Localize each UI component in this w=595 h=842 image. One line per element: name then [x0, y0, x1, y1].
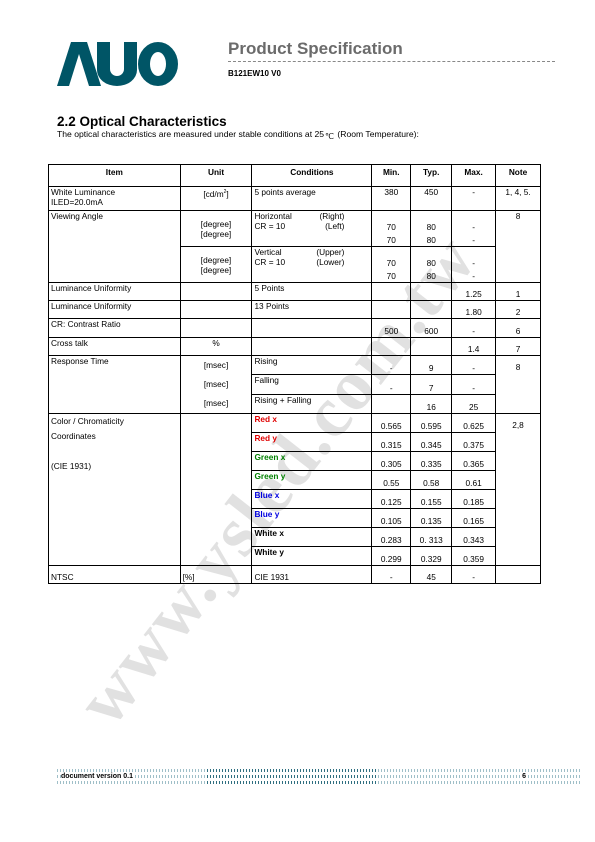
- conditions-cell: Blue y: [252, 509, 372, 528]
- max-cell: 1.4: [452, 338, 496, 356]
- header-item: Item: [49, 165, 181, 187]
- model-number: B121EW10 V0: [228, 69, 281, 78]
- item-cell: Color / ChromaticityCoordinates(CIE 1931…: [49, 414, 181, 566]
- max-cell: 0.185: [452, 490, 496, 509]
- typ-cell: 80: [411, 269, 452, 283]
- typ-cell: 600: [411, 319, 452, 338]
- table-row: NTSC [%] CIE 1931 - 45 -: [49, 566, 541, 584]
- min-cell: 70: [372, 247, 411, 269]
- chromaticity-rows: Color / ChromaticityCoordinates(CIE 1931…: [49, 414, 541, 566]
- min-cell: 0.283: [372, 528, 411, 547]
- auo-logo: [57, 42, 179, 86]
- unit-cell: [%]: [180, 566, 252, 584]
- conditions-cell: Green x: [252, 452, 372, 471]
- conditions-cell: [252, 338, 372, 356]
- max-cell: -: [452, 269, 496, 283]
- conditions-cell: Horizontal(Right) CR = 10(Left): [252, 211, 372, 247]
- max-cell: 0.61: [452, 471, 496, 490]
- unit-cell: %: [180, 338, 252, 356]
- max-cell: 0.375: [452, 433, 496, 452]
- typ-cell: 0. 313: [411, 528, 452, 547]
- section-title: 2.2 Optical Characteristics: [57, 114, 227, 129]
- conditions-cell: White y: [252, 547, 372, 566]
- unit-cell: [180, 283, 252, 301]
- document-version: document version 0.1: [61, 773, 135, 780]
- header-typ: Typ.: [411, 165, 452, 187]
- min-cell: -: [372, 375, 411, 394]
- min-cell: [372, 338, 411, 356]
- typ-cell: 0.595: [411, 414, 452, 433]
- conditions-cell: 5 Points: [252, 283, 372, 301]
- table-row: Viewing Angle [degree][degree] Horizonta…: [49, 211, 541, 233]
- item-cell: Luminance Uniformity: [49, 283, 181, 301]
- page-number: 6: [520, 773, 528, 780]
- typ-cell: [411, 283, 452, 301]
- table-row: White LuminanceILED=20.0mA [cd/m2] 5 poi…: [49, 187, 541, 211]
- note-cell: 8: [496, 356, 541, 414]
- min-cell: 0.305: [372, 452, 411, 471]
- conditions-cell: Blue x: [252, 490, 372, 509]
- typ-cell: 0.335: [411, 452, 452, 471]
- max-cell: 0.365: [452, 452, 496, 471]
- max-cell: 0.359: [452, 547, 496, 566]
- min-cell: 380: [372, 187, 411, 211]
- min-cell: 70: [372, 211, 411, 233]
- unit-cell: [180, 414, 252, 566]
- min-cell: 0.125: [372, 490, 411, 509]
- note-cell: 6: [496, 319, 541, 338]
- unit-cell: [msec][msec][msec]: [180, 356, 252, 414]
- unit-cell: [cd/m2]: [180, 187, 252, 211]
- table-row: CR: Contrast Ratio 500 600 - 6: [49, 319, 541, 338]
- typ-cell: 16: [411, 394, 452, 413]
- header-max: Max.: [452, 165, 496, 187]
- conditions-cell: White x: [252, 528, 372, 547]
- item-cell: Response Time: [49, 356, 181, 414]
- max-cell: -: [452, 187, 496, 211]
- header-divider: [228, 61, 555, 62]
- conditions-cell: Red y: [252, 433, 372, 452]
- note-cell: 7: [496, 338, 541, 356]
- table-row: Luminance Uniformity 5 Points 1.25 1: [49, 283, 541, 301]
- unit-cell: [degree][degree]: [180, 211, 252, 247]
- header-unit: Unit: [180, 165, 252, 187]
- item-cell: Viewing Angle: [49, 211, 181, 283]
- typ-cell: 80: [411, 233, 452, 247]
- max-cell: 1.80: [452, 301, 496, 319]
- max-cell: -: [452, 375, 496, 394]
- conditions-cell: Vertical(Upper) CR = 10(Lower): [252, 247, 372, 283]
- typ-cell: [411, 301, 452, 319]
- typ-cell: 80: [411, 247, 452, 269]
- conditions-cell: 5 points average: [252, 187, 372, 211]
- min-cell: 70: [372, 269, 411, 283]
- min-cell: 0.565: [372, 414, 411, 433]
- item-cell: NTSC: [49, 566, 181, 584]
- typ-cell: 0.329: [411, 547, 452, 566]
- max-cell: 1.25: [452, 283, 496, 301]
- min-cell: -: [372, 356, 411, 375]
- table-row: Response Time [msec][msec][msec] Rising …: [49, 356, 541, 375]
- table-row: Color / ChromaticityCoordinates(CIE 1931…: [49, 414, 541, 433]
- max-cell: -: [452, 211, 496, 233]
- typ-cell: 0.345: [411, 433, 452, 452]
- conditions-cell: [252, 319, 372, 338]
- min-cell: 500: [372, 319, 411, 338]
- max-cell: 0.625: [452, 414, 496, 433]
- typ-cell: 80: [411, 211, 452, 233]
- item-cell: Luminance Uniformity: [49, 301, 181, 319]
- typ-cell: 0.135: [411, 509, 452, 528]
- table-row: Luminance Uniformity 13 Points 1.80 2: [49, 301, 541, 319]
- conditions-cell: Rising: [252, 356, 372, 375]
- header-note: Note: [496, 165, 541, 187]
- max-cell: -: [452, 319, 496, 338]
- min-cell: [372, 394, 411, 413]
- typ-cell: 45: [411, 566, 452, 584]
- table-row: Cross talk % 1.4 7: [49, 338, 541, 356]
- conditions-cell: CIE 1931: [252, 566, 372, 584]
- min-cell: 70: [372, 233, 411, 247]
- conditions-cell: Falling: [252, 375, 372, 394]
- note-cell: 2,8: [496, 414, 541, 566]
- max-cell: 0.165: [452, 509, 496, 528]
- item-cell: CR: Contrast Ratio: [49, 319, 181, 338]
- note-cell: [496, 566, 541, 584]
- header-conditions: Conditions: [252, 165, 372, 187]
- conditions-cell: Rising + Falling: [252, 394, 372, 413]
- header-min: Min.: [372, 165, 411, 187]
- min-cell: 0.105: [372, 509, 411, 528]
- max-cell: -: [452, 233, 496, 247]
- min-cell: 0.55: [372, 471, 411, 490]
- section-description: The optical characteristics are measured…: [57, 129, 419, 141]
- typ-cell: 450: [411, 187, 452, 211]
- optical-characteristics-table: Item Unit Conditions Min. Typ. Max. Note…: [48, 164, 541, 584]
- item-cell: Cross talk: [49, 338, 181, 356]
- max-cell: -: [452, 566, 496, 584]
- conditions-cell: 13 Points: [252, 301, 372, 319]
- item-cell: White LuminanceILED=20.0mA: [49, 187, 181, 211]
- conditions-cell: Red x: [252, 414, 372, 433]
- note-cell: 2: [496, 301, 541, 319]
- min-cell: [372, 301, 411, 319]
- table-header-row: Item Unit Conditions Min. Typ. Max. Note: [49, 165, 541, 187]
- typ-cell: [411, 338, 452, 356]
- typ-cell: 0.58: [411, 471, 452, 490]
- min-cell: 0.299: [372, 547, 411, 566]
- typ-cell: 9: [411, 356, 452, 375]
- conditions-cell: Green y: [252, 471, 372, 490]
- min-cell: -: [372, 566, 411, 584]
- page-footer: document version 0.1 6: [57, 766, 582, 788]
- max-cell: 0.343: [452, 528, 496, 547]
- note-cell: 1: [496, 283, 541, 301]
- typ-cell: 0.155: [411, 490, 452, 509]
- unit-cell: [180, 319, 252, 338]
- unit-cell: [degree][degree]: [180, 247, 252, 283]
- note-cell: 8: [496, 211, 541, 283]
- max-cell: -: [452, 247, 496, 269]
- min-cell: [372, 283, 411, 301]
- max-cell: 25: [452, 394, 496, 413]
- typ-cell: 7: [411, 375, 452, 394]
- min-cell: 0.315: [372, 433, 411, 452]
- note-cell: 1, 4, 5.: [496, 187, 541, 211]
- unit-cell: [180, 301, 252, 319]
- max-cell: -: [452, 356, 496, 375]
- document-header-title: Product Specification: [228, 39, 403, 59]
